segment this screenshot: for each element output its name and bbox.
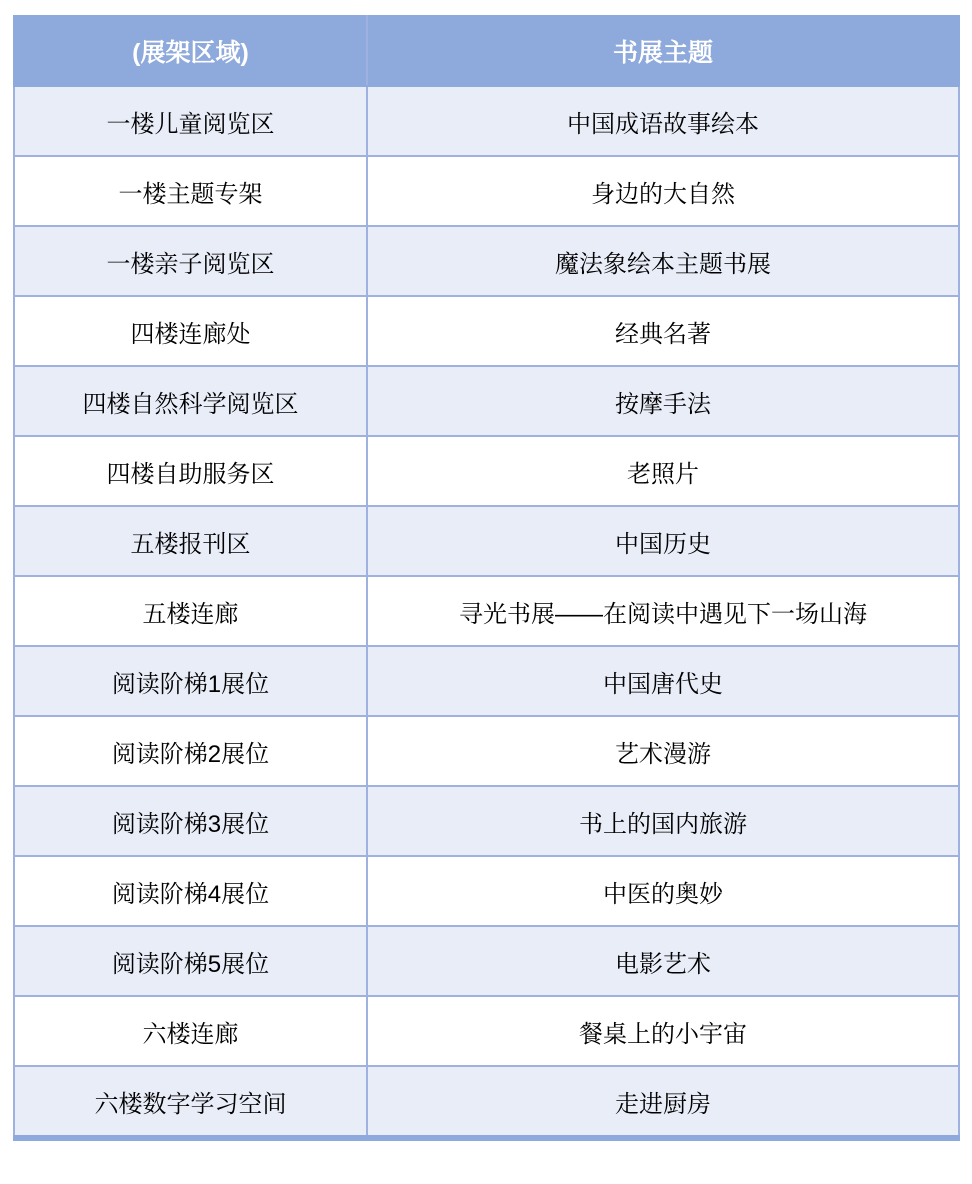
area-cell: 一楼儿童阅览区 — [14, 86, 367, 156]
area-cell: 阅读阶梯2展位 — [14, 716, 367, 786]
table-row: 四楼自助服务区 老照片 — [14, 436, 959, 506]
table-row: 阅读阶梯3展位 书上的国内旅游 — [14, 786, 959, 856]
table-row: 四楼连廊处 经典名著 — [14, 296, 959, 366]
area-cell: 五楼报刊区 — [14, 506, 367, 576]
table-header: (展架区域) 书展主题 — [14, 16, 959, 86]
area-cell: 四楼连廊处 — [14, 296, 367, 366]
theme-cell: 老照片 — [367, 436, 959, 506]
theme-cell: 餐桌上的小宇宙 — [367, 996, 959, 1066]
table-row: 一楼儿童阅览区 中国成语故事绘本 — [14, 86, 959, 156]
table-row: 六楼连廊 餐桌上的小宇宙 — [14, 996, 959, 1066]
theme-cell: 电影艺术 — [367, 926, 959, 996]
theme-cell: 中国唐代史 — [367, 646, 959, 716]
table-row: 一楼亲子阅览区 魔法象绘本主题书展 — [14, 226, 959, 296]
theme-cell: 中医的奥妙 — [367, 856, 959, 926]
table-row: 阅读阶梯1展位 中国唐代史 — [14, 646, 959, 716]
area-cell: 四楼自助服务区 — [14, 436, 367, 506]
table-row: 六楼数字学习空间 走进厨房 — [14, 1066, 959, 1138]
page: (展架区域) 书展主题 一楼儿童阅览区 中国成语故事绘本 一楼主题专架 身边的大… — [0, 0, 972, 1184]
area-cell: 六楼数字学习空间 — [14, 1066, 367, 1138]
header-theme: 书展主题 — [367, 16, 959, 86]
area-cell: 六楼连廊 — [14, 996, 367, 1066]
exhibit-table: (展架区域) 书展主题 一楼儿童阅览区 中国成语故事绘本 一楼主题专架 身边的大… — [13, 15, 960, 1141]
table-row: 阅读阶梯5展位 电影艺术 — [14, 926, 959, 996]
theme-cell: 艺术漫游 — [367, 716, 959, 786]
table-row: 五楼连廊 寻光书展——在阅读中遇见下一场山海 — [14, 576, 959, 646]
theme-cell: 寻光书展——在阅读中遇见下一场山海 — [367, 576, 959, 646]
theme-cell: 按摩手法 — [367, 366, 959, 436]
table-row: 阅读阶梯4展位 中医的奥妙 — [14, 856, 959, 926]
table-row: 阅读阶梯2展位 艺术漫游 — [14, 716, 959, 786]
area-cell: 阅读阶梯3展位 — [14, 786, 367, 856]
theme-cell: 中国成语故事绘本 — [367, 86, 959, 156]
area-cell: 五楼连廊 — [14, 576, 367, 646]
area-cell: 一楼主题专架 — [14, 156, 367, 226]
table-body: 一楼儿童阅览区 中国成语故事绘本 一楼主题专架 身边的大自然 一楼亲子阅览区 魔… — [14, 86, 959, 1138]
theme-cell: 书上的国内旅游 — [367, 786, 959, 856]
header-area: (展架区域) — [14, 16, 367, 86]
area-cell: 阅读阶梯4展位 — [14, 856, 367, 926]
area-cell: 阅读阶梯1展位 — [14, 646, 367, 716]
table-row: 四楼自然科学阅览区 按摩手法 — [14, 366, 959, 436]
theme-cell: 身边的大自然 — [367, 156, 959, 226]
table-row: 一楼主题专架 身边的大自然 — [14, 156, 959, 226]
header-row: (展架区域) 书展主题 — [14, 16, 959, 86]
area-cell: 四楼自然科学阅览区 — [14, 366, 367, 436]
table-row: 五楼报刊区 中国历史 — [14, 506, 959, 576]
area-cell: 一楼亲子阅览区 — [14, 226, 367, 296]
area-cell: 阅读阶梯5展位 — [14, 926, 367, 996]
theme-cell: 魔法象绘本主题书展 — [367, 226, 959, 296]
theme-cell: 中国历史 — [367, 506, 959, 576]
theme-cell: 走进厨房 — [367, 1066, 959, 1138]
theme-cell: 经典名著 — [367, 296, 959, 366]
